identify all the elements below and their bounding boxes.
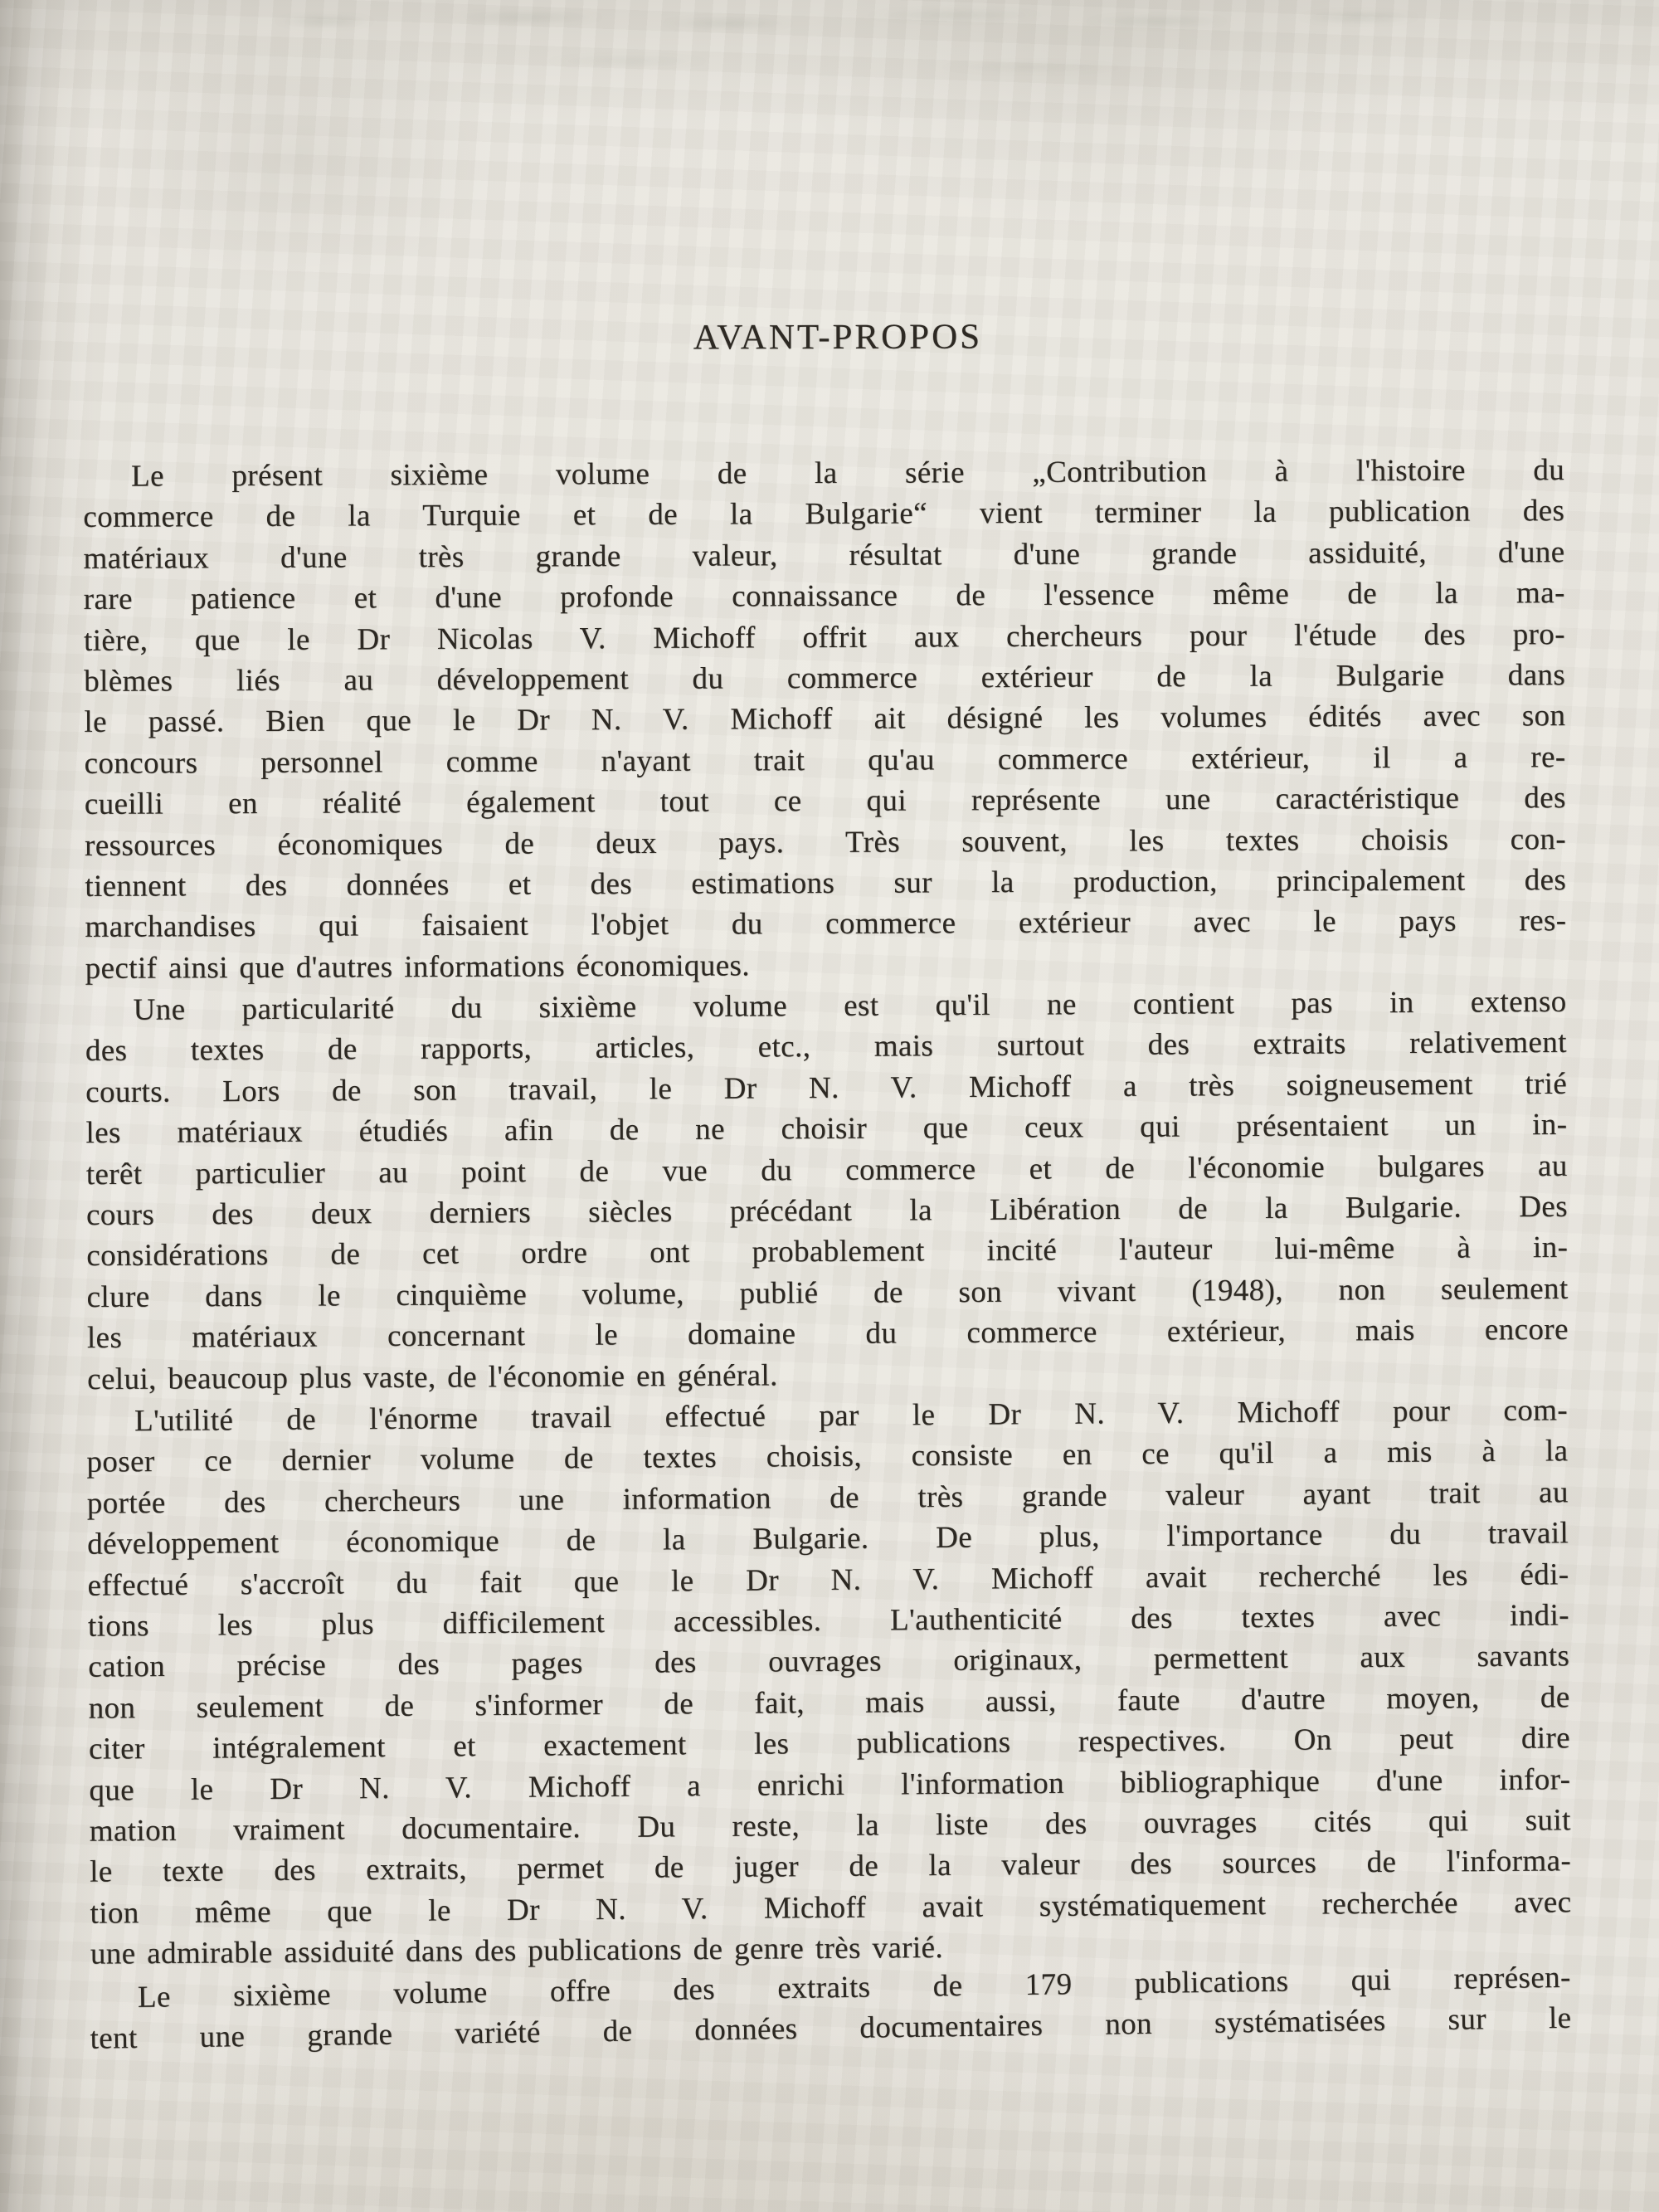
book-page: AVANT-PROPOS Le présent sixième volume d… [0, 0, 1659, 2212]
paragraph: Une particularité du sixième volume est … [85, 982, 1569, 1400]
text-line: matériaux d'une très grande valeur, résu… [83, 532, 1564, 579]
text-line: commerce de la Turquie et de la Bulgarie… [83, 490, 1564, 538]
ink-showthrough [249, 3, 1510, 103]
paragraph: L'utilité de l'énorme travail effectué p… [86, 1390, 1572, 1975]
text-line: blèmes liés au développement du commerce… [84, 655, 1565, 702]
text-line: rare patience et d'une profonde connaiss… [84, 572, 1565, 620]
text-line: marchandises qui faisaient l'objet du co… [85, 900, 1566, 948]
paragraph: Le présent sixième volume de la série „C… [83, 450, 1567, 989]
text-line: concours personnel comme n'ayant trait q… [85, 737, 1566, 784]
page-title: AVANT-PROPOS [100, 315, 1576, 360]
text-line: tiennent des données et des estimations … [85, 860, 1566, 907]
text-line: ressources économiques de deux pays. Trè… [85, 819, 1566, 866]
text-line: cueilli en réalité également tout ce qui… [85, 777, 1566, 825]
text-line: Le présent sixième volume de la série „C… [83, 450, 1564, 497]
page-body-text: Le présent sixième volume de la série „C… [83, 450, 1571, 2054]
text-line: le passé. Bien que le Dr N. V. Michoff a… [84, 695, 1565, 743]
text-line: tière, que le Dr Nicolas V. Michoff offr… [84, 614, 1565, 661]
text-line: les matériaux concernant le domaine du c… [87, 1309, 1569, 1359]
